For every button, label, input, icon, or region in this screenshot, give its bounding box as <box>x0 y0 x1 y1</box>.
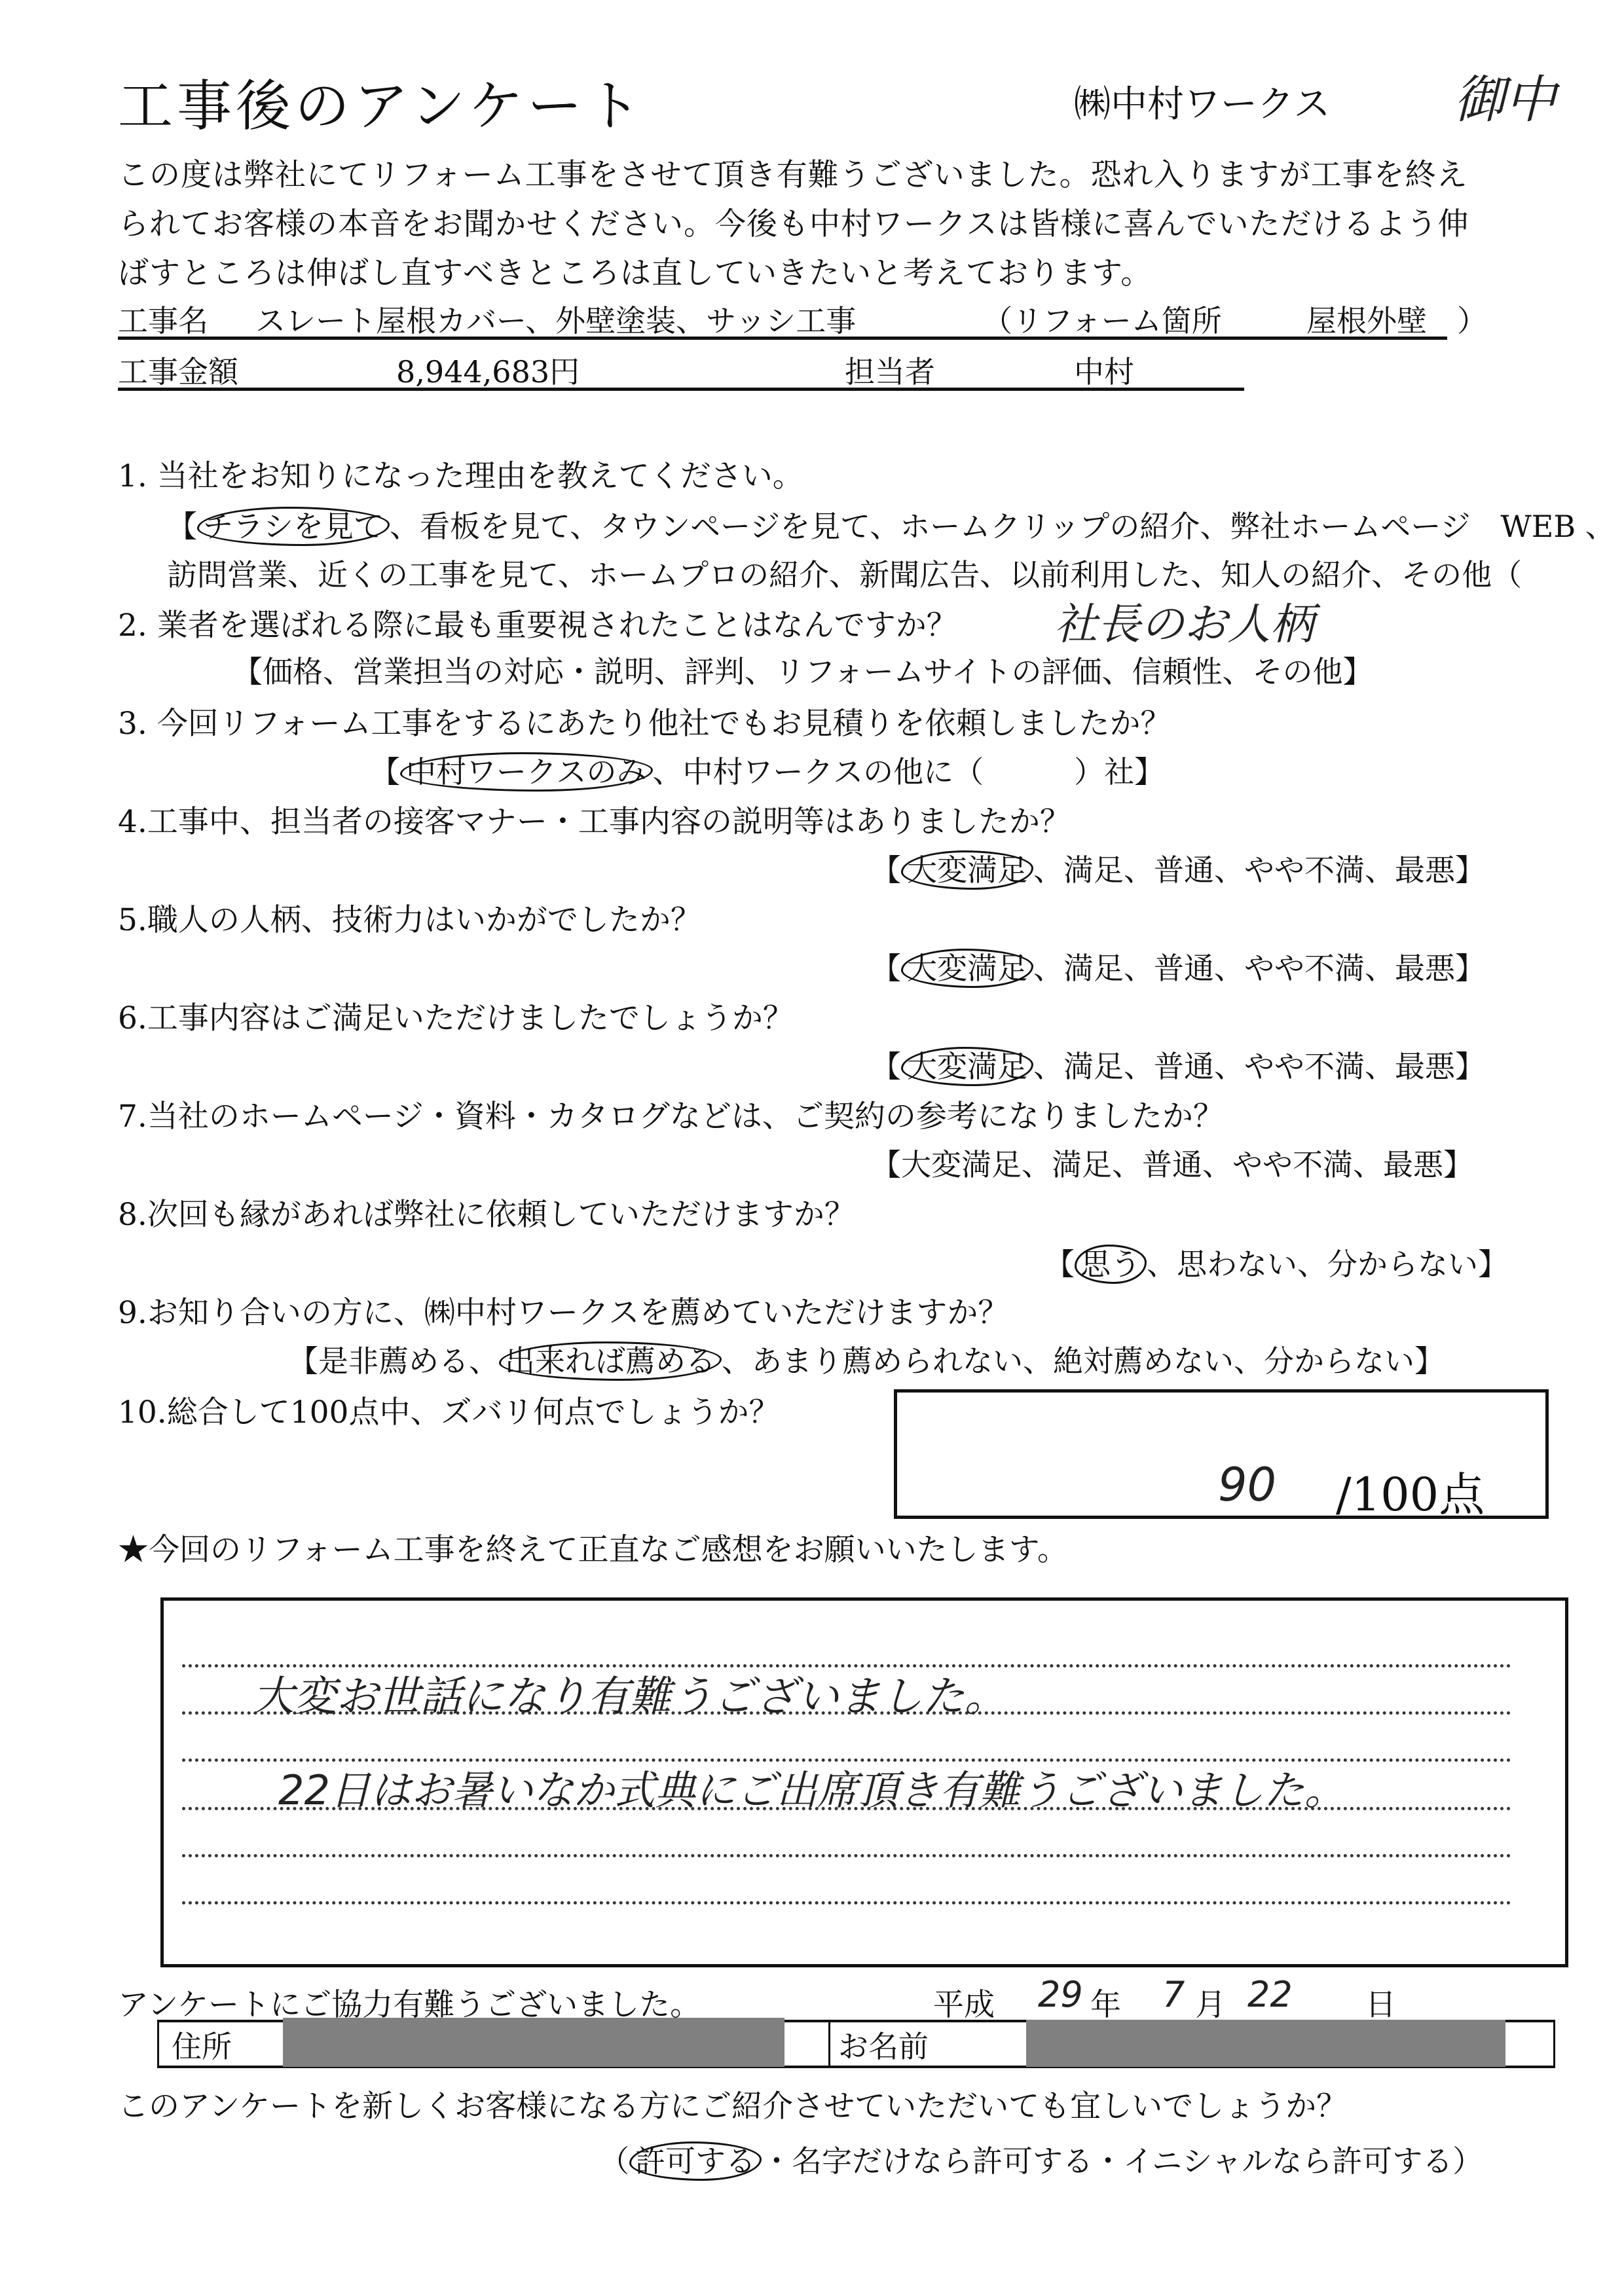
question-4: 4.工事中、担当者の接客マナー・工事内容の説明等はありましたか？ <box>118 797 1071 841</box>
amount-value: 8,944,683円 <box>396 348 580 392</box>
selected-option[interactable]: 中村ワークスのみ <box>400 752 653 792</box>
comments-prompt: ★今回のリフォーム工事を終えて正直なご感想をお願いいたします。 <box>118 1525 1068 1569</box>
question-8: 8.次回も縁があれば弊社に依頼していただけますか？ <box>118 1190 855 1234</box>
date-year-label: 年 <box>1090 1980 1121 2024</box>
question-6-options: 【大変満足、満足、普通、やや不満、最悪】 <box>871 1043 1485 1086</box>
question-1-options-line-1: 【チラシを見て、看板を見て、タウンページを見て、ホームクリップの紹介、弊社ホーム… <box>167 503 1615 546</box>
project-amount-field: 工事金額 8,944,683円 担当者 中村 <box>118 347 1244 391</box>
question-5: 5.職人の人柄、技術力はいかがでしたか？ <box>118 896 701 939</box>
score-box[interactable]: 90 /100点 <box>894 1389 1549 1519</box>
selected-option[interactable]: 大変満足 <box>901 850 1033 890</box>
date-year[interactable]: 29 <box>1038 1974 1083 2015</box>
score-handwritten[interactable]: 90 <box>1218 1458 1276 1512</box>
handwritten-addressee: 御中 <box>1454 59 1556 132</box>
permission-question: このアンケートを新しくお客様になる方にご紹介させていただいても宜しいでしょうか？ <box>118 2082 1347 2126</box>
selected-option[interactable]: 大変満足 <box>901 949 1033 988</box>
question-2: 2. 業者を選ばれる際に最も重要視されたことはなんですか？ <box>118 601 957 645</box>
selected-option[interactable]: 思う <box>1075 1245 1147 1284</box>
date-month[interactable]: 7 <box>1162 1974 1185 2015</box>
comment-line-1[interactable]: 大変お世話になり有難うございました。 <box>252 1663 1006 1723</box>
selected-option[interactable]: 許可する <box>629 2141 762 2181</box>
score-suffix: /100点 <box>1336 1458 1485 1524</box>
date-month-label: 月 <box>1195 1980 1226 2024</box>
staff-value: 中村 <box>1074 348 1134 392</box>
divider <box>1553 2020 1555 2068</box>
selected-option[interactable]: 大変満足 <box>901 1047 1033 1086</box>
question-8-options: 【思う、思わない、分からない】 <box>1044 1241 1508 1284</box>
selected-option[interactable]: チラシを見て <box>197 507 390 546</box>
question-2-handwritten-answer[interactable]: 社長のお人柄 <box>1054 589 1314 651</box>
selected-option[interactable]: 出来れば薦める <box>499 1341 722 1381</box>
company-name: ㈱中村ワークス <box>1074 75 1330 128</box>
question-9-options: 【是非薦める、出来れば薦める、あまり薦められない、絶対薦めない、分からない】 <box>288 1338 1445 1381</box>
question-1-options-line-2: 訪問営業、近くの工事を見て、ホームプロの紹介、新聞広告、以前利用した、知人の紹介… <box>167 551 1624 594</box>
divider <box>828 2020 830 2068</box>
name-redacted-field[interactable] <box>1026 2020 1505 2067</box>
question-9: 9.お知り合いの方に、㈱中村ワークスを薦めていただけますか？ <box>118 1288 1008 1332</box>
permission-options: （許可する・名字だけなら許可する・イニシャルなら許可する） <box>599 2138 1483 2181</box>
question-5-options: 【大変満足、満足、普通、やや不満、最悪】 <box>871 945 1485 988</box>
comment-line-2[interactable]: 22日はお暑いなか式典にご出席頂き有難うございました。 <box>278 1758 1345 1816</box>
date-era: 平成 <box>933 1980 995 2024</box>
intro-line-2: られてお客様の本音をお聞かせください。今後も中村ワークスは皆様に喜んでいただける… <box>118 200 1469 244</box>
location-value: 屋根外壁 ） <box>1306 297 1487 340</box>
question-6: 6.工事内容はご満足いただけましたでしょうか？ <box>118 994 794 1038</box>
intro-line-1: この度は弊社にてリフォーム工事をさせて頂き有難うございました。恐れ入りますが工事… <box>118 151 1468 194</box>
project-name-value: スレート屋根カバー、外壁塗装、サッシ工事 <box>255 297 856 340</box>
question-1: 1. 当社をお知りになった理由を教えてください。 <box>118 452 803 496</box>
question-10: 10.総合して100点中、ズバリ何点でしょうか？ <box>118 1388 779 1432</box>
survey-title: 工事後のアンケート <box>118 62 645 141</box>
question-4-options: 【大変満足、満足、普通、やや不満、最悪】 <box>871 847 1485 890</box>
question-2-options: 【価格、営業担当の対応・説明、評判、リフォームサイトの評価、信頼性、その他】 <box>232 648 1373 691</box>
question-3-options: 【中村ワークスのみ、中村ワークスの他に（ ）社】 <box>370 748 1164 792</box>
date-day[interactable]: 22 <box>1247 1974 1293 2015</box>
address-label: 住所 <box>172 2023 232 2066</box>
project-name-field: 工事名 スレート屋根カバー、外壁塗装、サッシ工事 （リフォーム箇所 屋根外壁 ） <box>118 296 1447 340</box>
amount-label: 工事金額 <box>118 348 238 392</box>
question-7: 7.当社のホームページ・資料・カタログなどは、ご契約の参考になりましたか？ <box>118 1092 1224 1136</box>
date-day-label: 日 <box>1365 1980 1396 2024</box>
staff-label: 担当者 <box>845 348 935 392</box>
name-label: お名前 <box>838 2023 929 2066</box>
location-label: （リフォーム箇所 <box>982 297 1222 340</box>
address-redacted-field[interactable] <box>283 2018 784 2067</box>
intro-line-3: ばすところは伸ばし直すべきところは直していきたいと考えております。 <box>118 249 1152 293</box>
ruled-line <box>182 1854 1511 1857</box>
divider <box>157 2020 159 2068</box>
project-name-label: 工事名 <box>118 297 208 340</box>
ruled-line <box>182 1901 1511 1904</box>
question-3: 3. 今回リフォーム工事をするにあたり他社でもお見積りを依頼しましたか？ <box>118 699 1171 743</box>
question-7-options: 【大変満足、満足、普通、やや不満、最悪】 <box>871 1141 1473 1184</box>
